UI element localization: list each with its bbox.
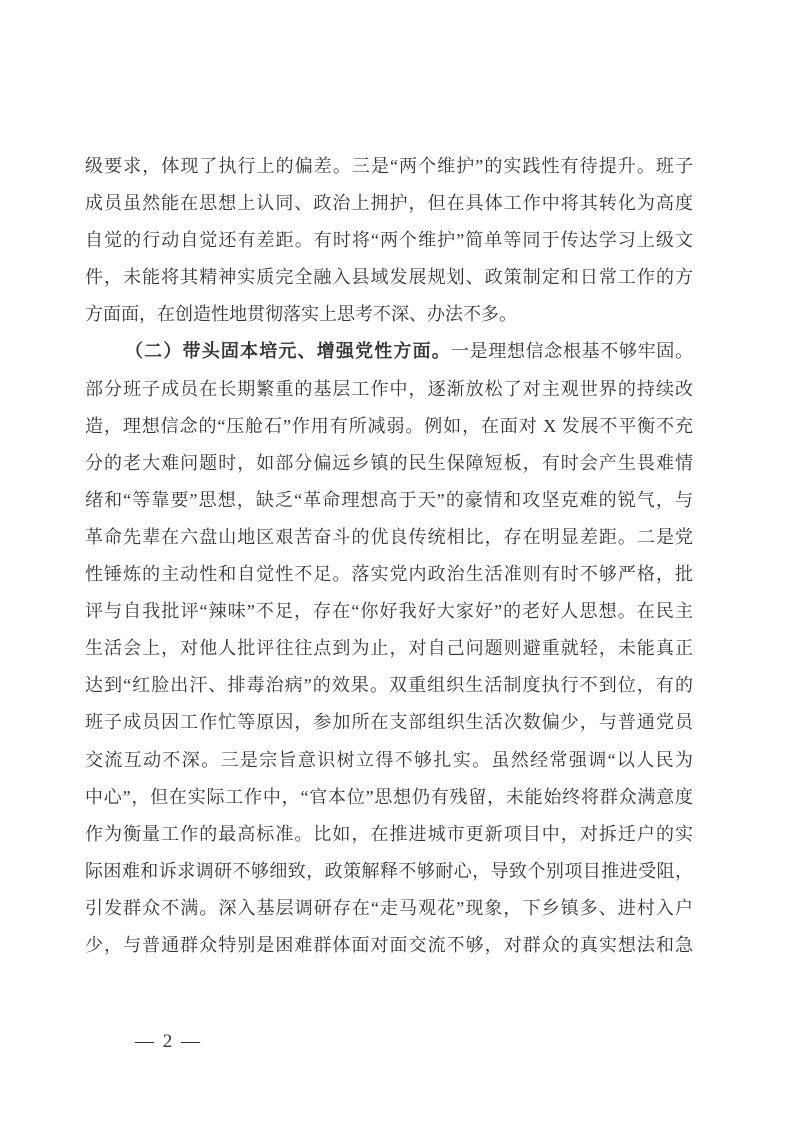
text-line: 生活会上，对他人批评往往点到为止，对自己问题则避重就轻，未能真正 xyxy=(85,630,693,667)
text-line: 成员虽然能在思想上认同、政治上拥护，但在具体工作中将其转化为高度 xyxy=(85,185,693,222)
text-line: 自觉的行动自觉还有差距。有时将“两个维护”简单等同于传达学习上级文 xyxy=(85,222,693,259)
text-line: 评与自我批评“辣味”不足，存在“你好我好大家好”的老好人思想。在民主 xyxy=(85,593,693,630)
page-number: — 2 — xyxy=(135,1031,202,1053)
paragraph-1-continuation: 级要求，体现了执行上的偏差。三是“两个维护”的实践性有待提升。班子成员虽然能在思… xyxy=(85,148,693,333)
text-line: 分的老大难问题时，如部分偏远乡镇的民生保障短板，有时会产生畏难情 xyxy=(85,445,693,482)
text-line: 少，与普通群众特别是困难群体面对面交流不够，对群众的真实想法和急 xyxy=(85,927,693,964)
text-line: 件，未能将其精神实质完全融入县域发展规划、政策制定和日常工作的方 xyxy=(85,259,693,296)
text-line: 中心”，但在实际工作中，“官本位”思想仍有残留，未能始终将群众满意度 xyxy=(85,779,693,816)
document-page: 级要求，体现了执行上的偏差。三是“两个维护”的实践性有待提升。班子成员虽然能在思… xyxy=(0,0,793,1122)
text-line: （二）带头固本培元、增强党性方面。一是理想信念根基不够牢固。 xyxy=(85,333,693,370)
paragraph-2-section: （二）带头固本培元、增强党性方面。一是理想信念根基不够牢固。部分班子成员在长期繁… xyxy=(85,333,693,964)
text-line: 交流互动不深。三是宗旨意识树立得不够扎实。虽然经常强调“以人民为 xyxy=(85,742,693,779)
text-line: 达到“红脸出汗、排毒治病”的效果。双重组织生活制度执行不到位，有的 xyxy=(85,667,693,704)
text-line: 部分班子成员在长期繁重的基层工作中，逐渐放松了对主观世界的持续改 xyxy=(85,371,693,408)
text-line: 造，理想信念的“压舱石”作用有所减弱。例如，在面对 X 发展不平衡不充 xyxy=(85,408,693,445)
text-line: 际困难和诉求调研不够细致，政策解释不够耐心，导致个别项目推进受阻， xyxy=(85,853,693,890)
text-line: 革命先辈在六盘山地区艰苦奋斗的优良传统相比，存在明显差距。二是党 xyxy=(85,519,693,556)
text-line: 方面面，在创造性地贯彻落实上思考不深、办法不多。 xyxy=(85,296,693,333)
text-line: 班子成员因工作忙等原因，参加所在支部组织生活次数偏少，与普通党员 xyxy=(85,704,693,741)
text-line: 绪和“等靠要”思想，缺乏“革命理想高于天”的豪情和攻坚克难的锐气，与 xyxy=(85,482,693,519)
text-line: 性锤炼的主动性和自觉性不足。落实党内政治生活准则有时不够严格，批 xyxy=(85,556,693,593)
page-number-text: — 2 — xyxy=(135,1031,202,1052)
text-line: 作为衡量工作的最高标准。比如，在推进城市更新项目中，对拆迁户的实 xyxy=(85,816,693,853)
text-line: 级要求，体现了执行上的偏差。三是“两个维护”的实践性有待提升。班子 xyxy=(85,148,693,185)
text-line: 引发群众不满。深入基层调研存在“走马观花”现象，下乡镇多、进村入户 xyxy=(85,890,693,927)
document-body: 级要求，体现了执行上的偏差。三是“两个维护”的实践性有待提升。班子成员虽然能在思… xyxy=(85,148,693,964)
section-heading: （二）带头固本培元、增强党性方面。 xyxy=(125,341,451,361)
